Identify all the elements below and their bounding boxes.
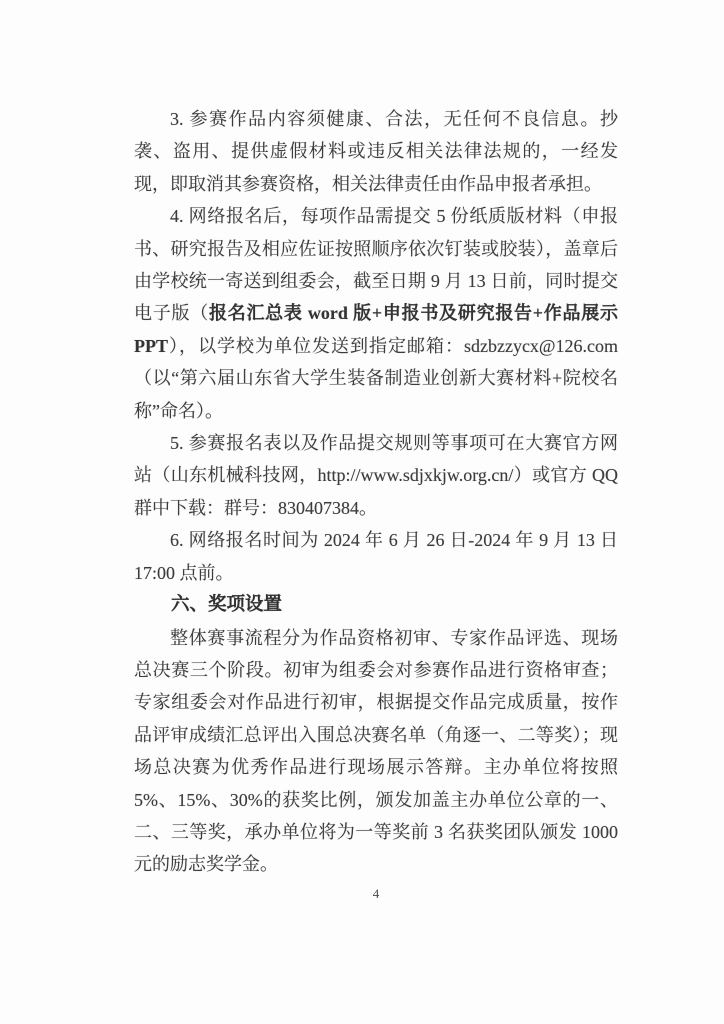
paragraph-item-3: 3. 参赛作品内容须健康、合法，无任何不良信息。抄袭、盗用、提供虚假材料或违反相… — [134, 103, 618, 200]
paragraph-item-5: 5. 参赛报名表以及作品提交规则等事项可在大赛官方网站（山东机械科技网，http… — [134, 427, 618, 524]
paragraph-item-4: 4. 网络报名后，每项作品需提交 5 份纸质版材料（申报书、研究报告及相应佐证按… — [134, 200, 618, 427]
document-page: 3. 参赛作品内容须健康、合法，无任何不良信息。抄袭、盗用、提供虚假材料或违反相… — [0, 0, 724, 1024]
paragraph-item-6: 6. 网络报名时间为 2024 年 6 月 26 日-2024 年 9 月 13… — [134, 524, 618, 589]
paragraph-awards: 整体赛事流程分为作品资格初审、专家作品评选、现场总决赛三个阶段。初审为组委会对参… — [134, 622, 618, 881]
page-number: 4 — [134, 884, 618, 904]
paragraph-text-email: ），以学校为单位发送到指定邮箱：sdzbzzycx@126.com（以“第六届山… — [134, 336, 618, 421]
document-body: 3. 参赛作品内容须健康、合法，无任何不良信息。抄袭、盗用、提供虚假材料或违反相… — [134, 103, 618, 881]
section-heading-awards: 六、奖项设置 — [134, 589, 618, 621]
